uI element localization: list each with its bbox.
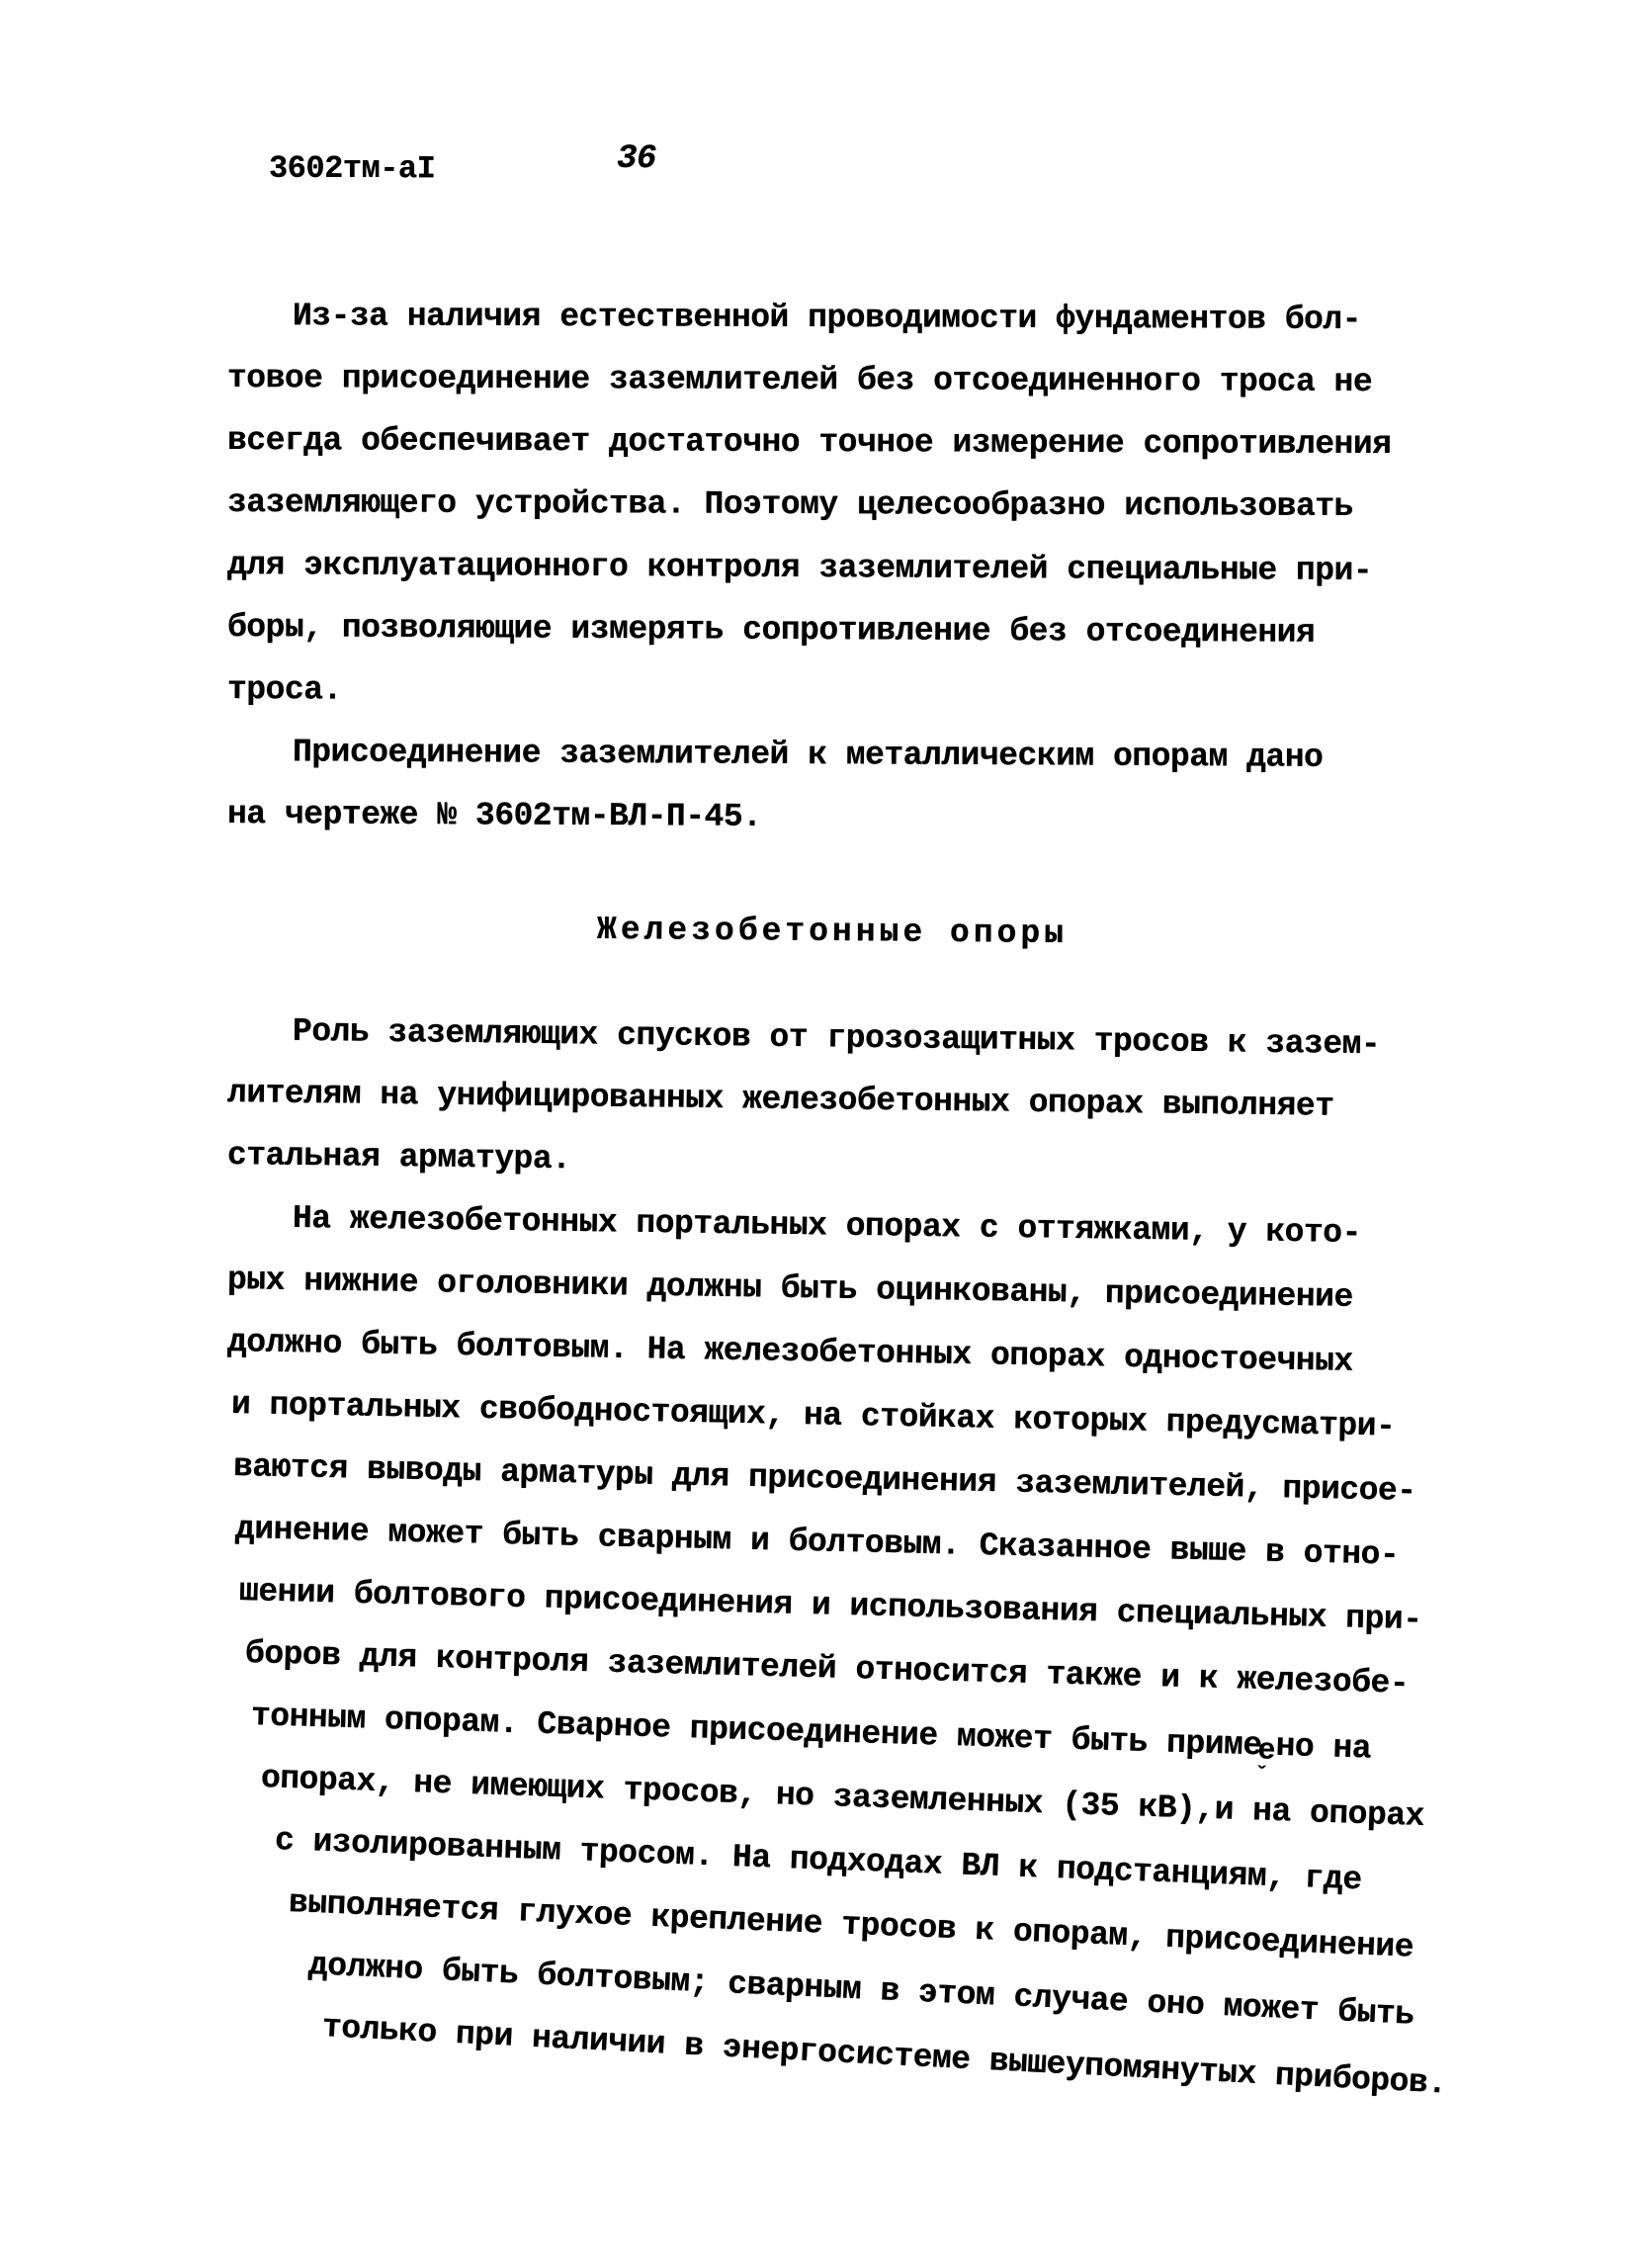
text-line: заземляющего устройства. Поэтому целесоо… (227, 472, 1437, 538)
text-line: для эксплуатационного контроля заземлите… (227, 534, 1437, 602)
page-number: 36 (617, 140, 656, 178)
text-segment: но на (1275, 1728, 1372, 1768)
text-line: Присоединение заземлителей к металлическ… (227, 721, 1437, 789)
section-heading: Железобетонные опоры (227, 896, 1438, 969)
text-line: боры, позволяющие измерять сопротивление… (227, 596, 1437, 664)
text-line: всегда обеспечивает достаточно точное из… (227, 409, 1437, 476)
paragraph: Из-за наличия естественной проводимости … (227, 285, 1437, 721)
text-line: троса. (227, 658, 1437, 727)
doc-code: 3602тм-аI (269, 150, 435, 188)
document-page: 3602тм-аI 36 Из-за наличия естественной … (0, 0, 1627, 2268)
paragraph: Присоединение заземлителей к металлическ… (227, 721, 1437, 845)
text-line: на чертеже № 3602тм-ВЛ-П-45. (227, 783, 1437, 851)
document-body: Из-за наличия естественной проводимости … (227, 285, 1437, 2058)
text-line: Из-за наличия естественной проводимости … (227, 285, 1437, 351)
paragraph: Роль заземляющих спусков от грозозащитны… (227, 1000, 1437, 1186)
text-line: товое присоединение заземлителей без отс… (227, 347, 1437, 413)
paragraph: На железобетонных портальных опорах с от… (227, 1186, 1437, 2058)
